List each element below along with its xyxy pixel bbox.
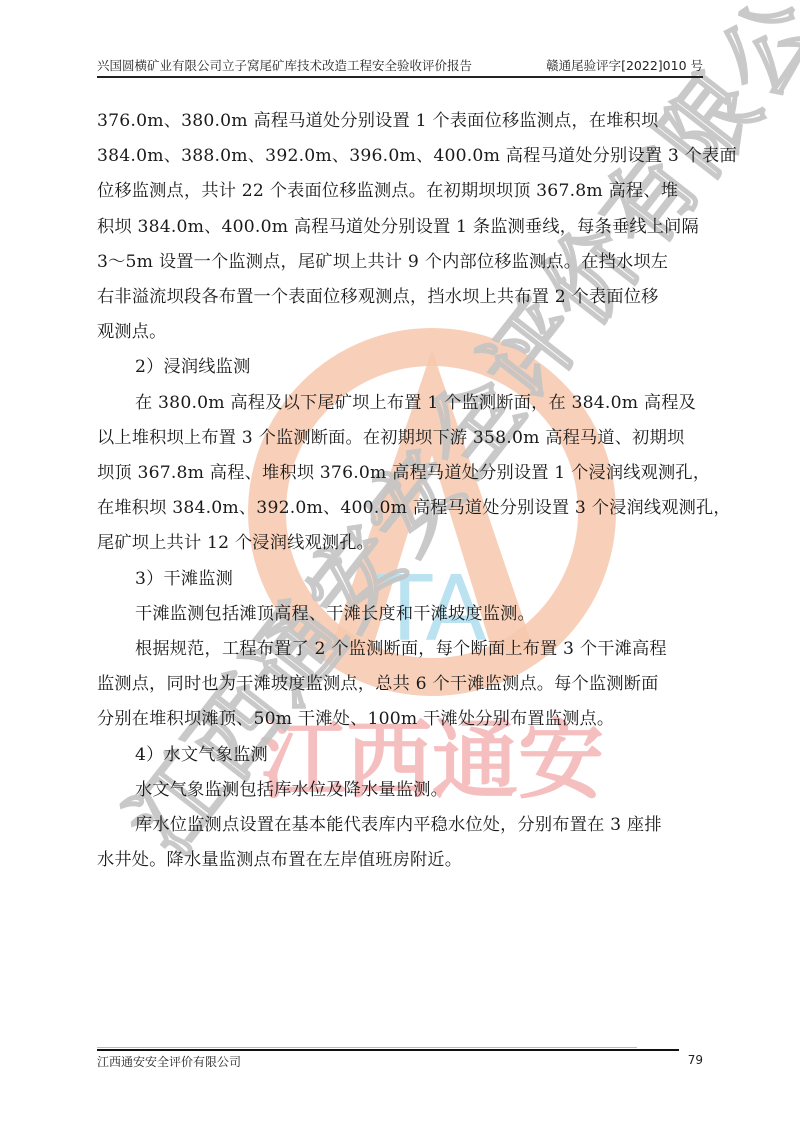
paragraph-line: 监测点，同时也为干滩坡度监测点，总共 6 个干滩监测点。每个监测断面 xyxy=(97,667,705,702)
paragraph-line: 观测点。 xyxy=(97,315,705,350)
paragraph-line: 库水位监测点设置在基本能代表库内平稳水位处，分别布置在 3 座排 xyxy=(97,808,705,843)
footer-divider-thin xyxy=(97,1047,637,1048)
paragraph-line: 384.0m、388.0m、392.0m、396.0m、400.0m 高程马道处… xyxy=(97,139,705,174)
footer-company: 江西通安安全评价有限公司 xyxy=(97,1053,241,1070)
paragraph-line: 位移监测点，共计 22 个表面位移监测点。在初期坝坝顶 367.8m 高程、堆 xyxy=(97,174,705,209)
paragraph-line: 376.0m、380.0m 高程马道处分别设置 1 个表面位移监测点，在堆积坝 xyxy=(97,104,705,139)
paragraph-line: 尾矿坝上共计 12 个浸润线观测孔。 xyxy=(97,526,705,561)
paragraph-line: 在堆积坝 384.0m、392.0m、400.0m 高程马道处分别设置 3 个浸… xyxy=(97,491,705,526)
paragraph-line: 3～5m 设置一个监测点，尾矿坝上共计 9 个内部位移监测点。在挡水坝左 xyxy=(97,245,705,280)
document-number: 赣通尾验评字[2022]010 号 xyxy=(546,56,703,74)
paragraph-line: 4）水文气象监测 xyxy=(97,738,705,773)
paragraph-line: 在 380.0m 高程及以下尾矿坝上布置 1 个监测断面，在 384.0m 高程… xyxy=(97,386,705,421)
paragraph-line: 2）浸润线监测 xyxy=(97,350,705,385)
footer-divider xyxy=(97,1049,679,1051)
page-footer: 江西通安安全评价有限公司 79 xyxy=(97,1053,703,1070)
body-text: 376.0m、380.0m 高程马道处分别设置 1 个表面位移监测点，在堆积坝3… xyxy=(97,104,705,878)
report-title: 兴国圆横矿业有限公司立子窝尾矿库技术改造工程安全验收评价报告 xyxy=(97,56,472,74)
page-header: 兴国圆横矿业有限公司立子窝尾矿库技术改造工程安全验收评价报告 赣通尾验评字[20… xyxy=(97,54,703,74)
paragraph-line: 根据规范，工程布置了 2 个监测断面，每个断面上布置 3 个干滩高程 xyxy=(97,632,705,667)
paragraph-line: 水井处。降水量监测点布置在左岸值班房附近。 xyxy=(97,843,705,878)
paragraph-line: 3）干滩监测 xyxy=(97,562,705,597)
paragraph-line: 分别在堆积坝滩顶、50m 干滩处、100m 干滩处分别布置监测点。 xyxy=(97,702,705,737)
paragraph-line: 水文气象监测包括库水位及降水量监测。 xyxy=(97,773,705,808)
header-divider xyxy=(97,76,703,78)
paragraph-line: 右非溢流坝段各布置一个表面位移观测点，挡水坝上共布置 2 个表面位移 xyxy=(97,280,705,315)
paragraph-line: 积坝 384.0m、400.0m 高程马道处分别设置 1 条监测垂线，每条垂线上… xyxy=(97,210,705,245)
page-number: 79 xyxy=(688,1053,703,1070)
paragraph-line: 以上堆积坝上布置 3 个监测断面。在初期坝下游 358.0m 高程马道、初期坝 xyxy=(97,421,705,456)
paragraph-line: 坝顶 367.8m 高程、堆积坝 376.0m 高程马道处分别设置 1 个浸润线… xyxy=(97,456,705,491)
paragraph-line: 干滩监测包括滩顶高程、干滩长度和干滩坡度监测。 xyxy=(97,597,705,632)
